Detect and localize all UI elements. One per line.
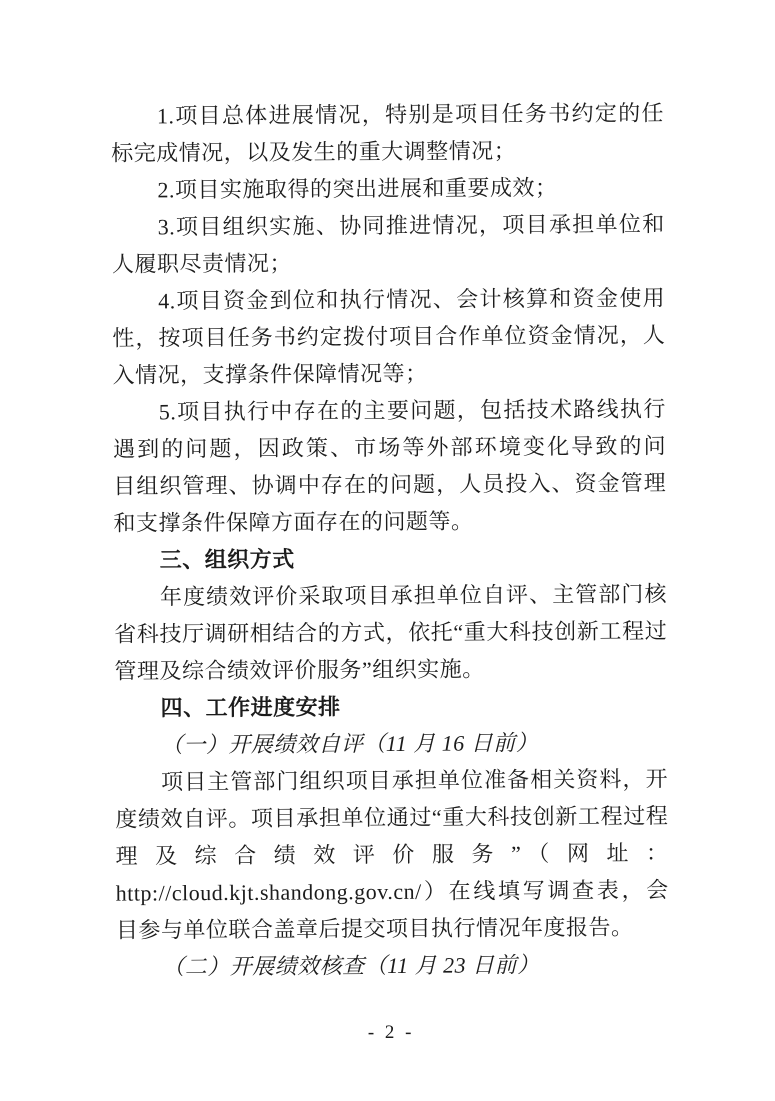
text-line: 4.项目资金到位和执行情况、会计核算和资金使用规范 [112,279,665,319]
text-line: 1.项目总体进展情况，特别是项目任务书约定的任务指 [111,94,664,134]
text-line: http://cloud.kjt.shandong.gov.cn/）在线填写调查… [116,871,669,911]
text-line: 目组织管理、协调中存在的问题，人员投入、资金管理使用 [113,464,666,504]
document-page: 1.项目总体进展情况，特别是项目任务书约定的任务指标完成情况，以及发生的重大调整… [0,0,775,1101]
text-line: 入情况，支撑条件保障情况等； [112,353,665,393]
text-line: 遇到的问题，因政策、市场等外部环境变化导致的问题，项 [113,427,666,467]
text-line: 标完成情况，以及发生的重大调整情况； [111,131,664,171]
text-line: 性，按项目任务书约定拨付项目合作单位资金情况，人员投 [112,316,665,356]
scan-skew-wrapper: 1.项目总体进展情况，特别是项目任务书约定的任务指标完成情况，以及发生的重大调整… [0,0,775,1101]
text-line: 3.项目组织实施、协同推进情况，项目承担单位和负责 [112,205,665,245]
text-line: 5.项目执行中存在的主要问题，包括技术路线执行方面 [113,390,666,430]
text-line: 人履职尽责情况； [112,242,665,282]
section-heading: 三、组织方式 [114,538,667,578]
text-line: 项目主管部门组织项目承担单位准备相关资料，开展年 [115,760,668,800]
text-line: 管理及综合绩效评价服务”组织实施。 [114,649,667,689]
text-line: 年度绩效评价采取项目承担单位自评、主管部门核查、 [114,575,667,615]
section-heading: 四、工作进度安排 [115,686,668,726]
text-line: 目参与单位联合盖章后提交项目执行情况年度报告。 [116,908,669,948]
text-line: 理及综合绩效评价服务”（网址： [115,834,668,874]
text-line: 和支撑条件保障方面存在的问题等。 [113,501,666,541]
text-line: 2.项目实施取得的突出进展和重要成效； [111,168,664,208]
subsection-heading: （一）开展绩效自评（11 月 16 日前） [115,723,668,763]
document-body: 1.项目总体进展情况，特别是项目任务书约定的任务指标完成情况，以及发生的重大调整… [111,94,669,985]
text-line: 省科技厅调研相结合的方式，依托“重大科技创新工程过程 [114,612,667,652]
page-number: - 2 - [4,1020,775,1047]
text-line: 度绩效自评。项目承担单位通过“重大科技创新工程过程管 [115,797,668,837]
subsection-heading: （二）开展绩效核查（11 月 23 日前） [116,945,669,985]
